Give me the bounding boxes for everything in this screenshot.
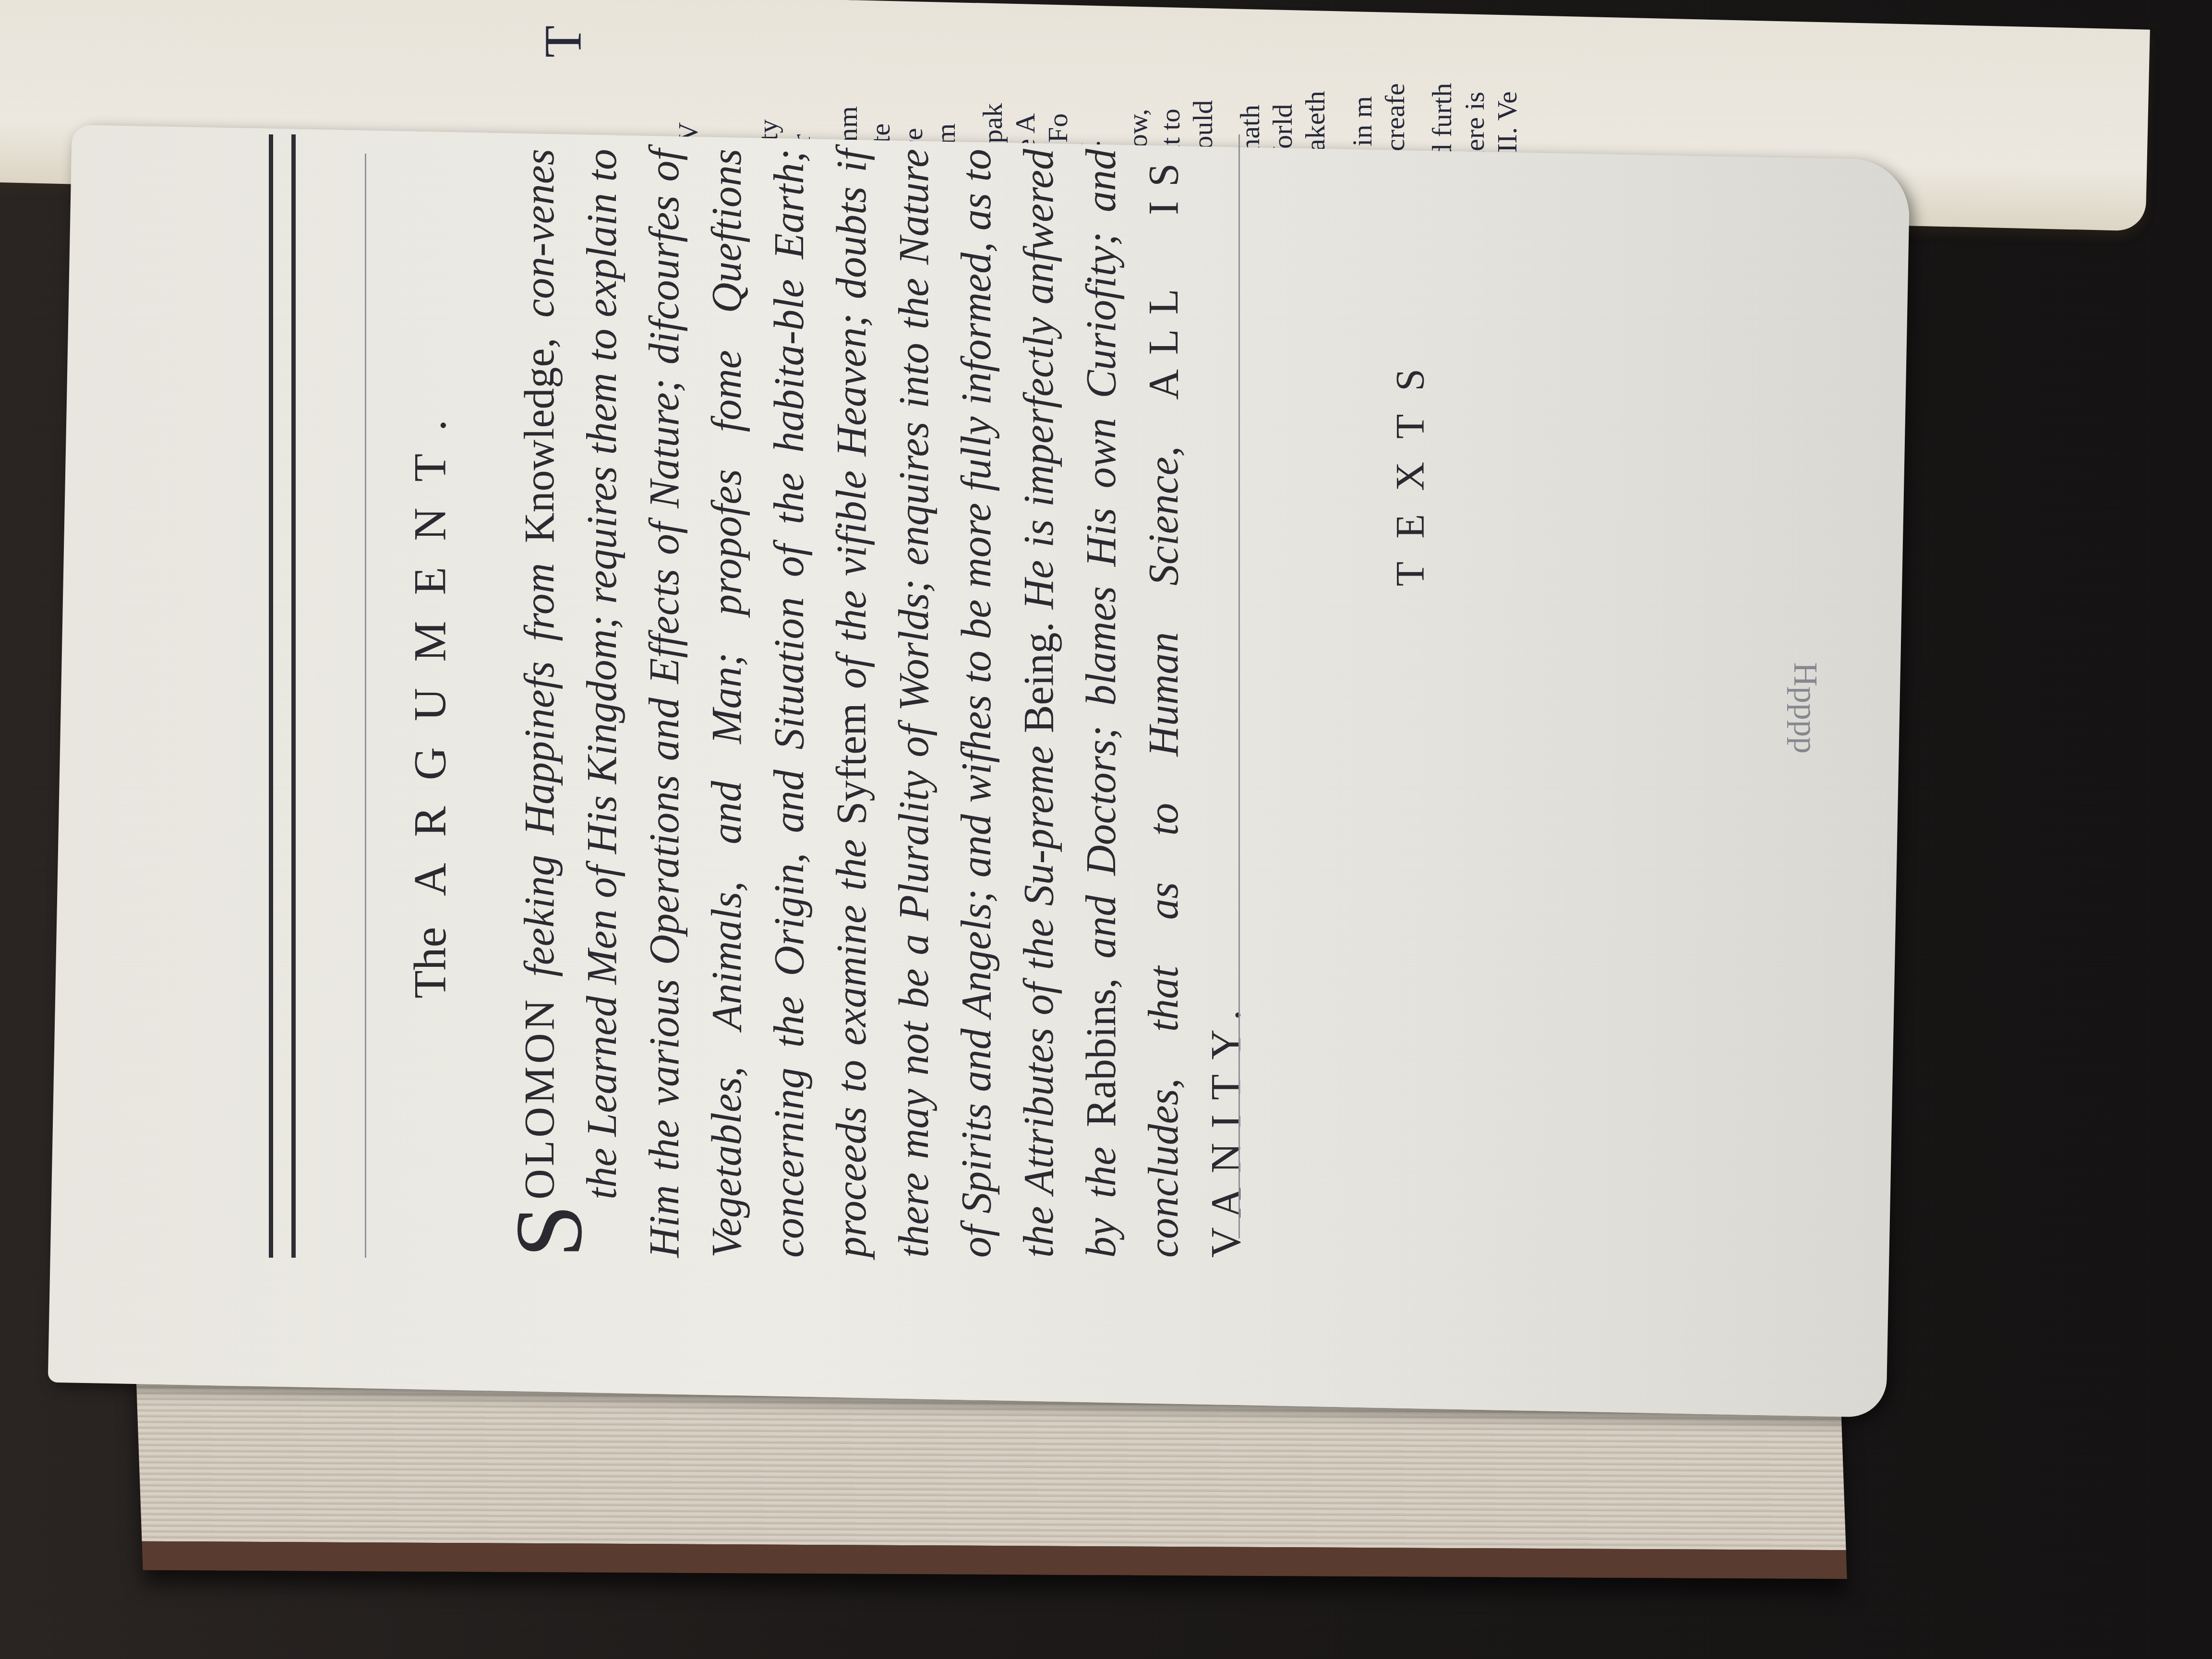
double-rule (269, 134, 296, 1258)
signature-mark: Hpppp (1786, 662, 1824, 754)
drop-cap: S (525, 1204, 573, 1258)
argument-body: feeking Happinefs from Knowledge, con-ve… (517, 149, 1187, 1258)
argument-segment: , con-venes the Learned Men of His Kingd… (517, 149, 875, 1258)
title-prefix: The (404, 927, 456, 998)
title-caps: ARGUMENT. (404, 394, 456, 896)
lead-smallcaps: OLOMON (517, 997, 563, 1200)
page-title: The ARGUMENT. (403, 134, 457, 1258)
argument-segment: Rabbins, (1078, 978, 1125, 1127)
argument-segment: Being. (1016, 622, 1062, 733)
main-page-content: The ARGUMENT. SOLOMON feeking Happinefs … (240, 134, 1776, 1258)
argument-paragraph: SOLOMON feeking Happinefs from Knowledge… (509, 149, 1258, 1258)
argument-segment: Syftem (829, 703, 875, 825)
top-thin-rule (365, 154, 366, 1258)
argument-segment: Knowledge (517, 348, 563, 543)
facing-page-header-letter: T (533, 25, 594, 58)
argument-segment: feeking Happinefs from (517, 543, 563, 997)
bottom-thin-rule (1238, 134, 1240, 1238)
catchword: TEXTS (1387, 346, 1434, 586)
